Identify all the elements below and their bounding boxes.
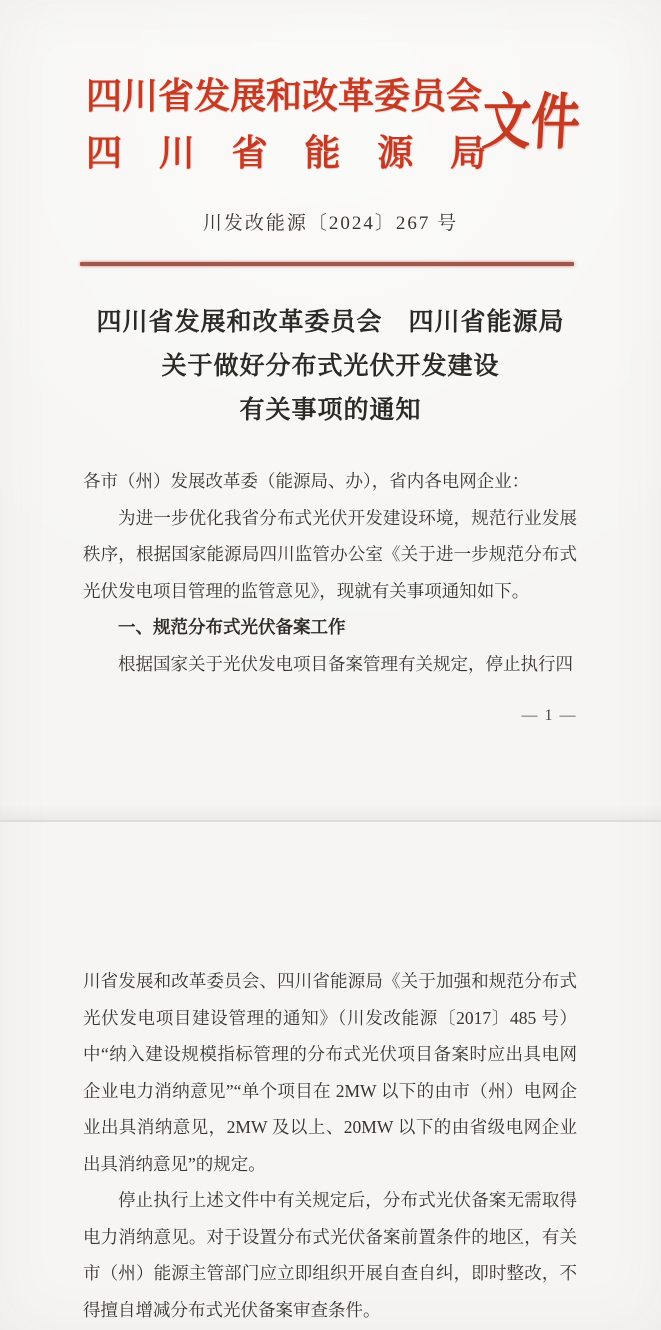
agency-name-line1: 四川省发展和改革委员会 (86, 72, 486, 120)
page2-paragraph-2: 停止执行上述文件中有关规定后，分布式光伏备案无需取得电力消纳意见。对于设置分布式… (83, 1182, 577, 1328)
section-heading-1: 一、规范分布式光伏备案工作 (83, 609, 577, 646)
salutation-line: 各市（州）发展改革委（能源局、办），省内各电网企业： (83, 463, 577, 500)
document-reference-number: 川发改能源〔2024〕267 号 (0, 208, 661, 235)
body-paragraph-2: 根据国家关于光伏发电项目备案管理有关规定，停止执行四 (83, 646, 577, 683)
page1-body: 各市（州）发展改革委（能源局、办），省内各电网企业： 为进一步优化我省分布式光伏… (83, 463, 577, 682)
title-line-3: 有关事项的通知 (0, 389, 661, 433)
agency-name-line2: 四川省能源局 (86, 129, 486, 177)
page-number: — 1 — (522, 707, 578, 725)
letterhead: 四川省发展和改革委员会 四川省能源局 (86, 72, 486, 177)
page2-paragraph-1: 川省发展和改革委员会、四川省能源局《关于加强和规范分布式光伏发电项目建设管理的通… (83, 963, 577, 1182)
body-paragraph-1: 为进一步优化我省分布式光伏开发建设环境，规范行业发展秩序，根据国家能源局四川监管… (83, 500, 577, 610)
title-line-2: 关于做好分布式光伏开发建设 (0, 345, 661, 389)
document-title: 四川省发展和改革委员会 四川省能源局 关于做好分布式光伏开发建设 有关事项的通知 (0, 301, 661, 433)
title-line-1: 四川省发展和改革委员会 四川省能源局 (0, 301, 661, 345)
document-scan: 四川省发展和改革委员会 四川省能源局 文件 川发改能源〔2024〕267 号 四… (0, 0, 661, 1330)
page-divider (0, 820, 661, 822)
red-separator-line (80, 262, 574, 266)
page2-body: 川省发展和改革委员会、四川省能源局《关于加强和规范分布式光伏发电项目建设管理的通… (83, 963, 577, 1328)
page-edge-shadow (0, 804, 661, 820)
document-mark-wenjian: 文件 (480, 90, 581, 157)
